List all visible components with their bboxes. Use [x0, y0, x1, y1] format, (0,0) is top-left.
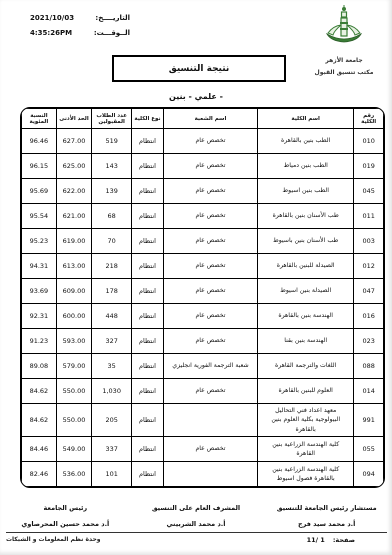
- college-code-cell: 088: [354, 354, 384, 379]
- percentage-cell: 93.69: [22, 279, 57, 304]
- college-name-cell: الهندسة بنين بالقاهرة: [258, 304, 354, 329]
- percentage-cell: 95.69: [22, 179, 57, 204]
- percentage-cell: 84.62: [22, 404, 57, 437]
- al-azhar-emblem-icon: [321, 35, 367, 54]
- students-count-cell: 337: [92, 436, 132, 461]
- min-score-cell: 622.00: [56, 179, 91, 204]
- college-name-cell: الصيدلة بنين اسيوط: [258, 279, 354, 304]
- students-count-cell: 205: [92, 404, 132, 437]
- percentage-cell: 95.54: [22, 204, 57, 229]
- students-count-cell: 101: [92, 461, 132, 486]
- section-name-cell: تخصص عام: [163, 279, 257, 304]
- signature-title: المشرف العام على التنسيق: [131, 504, 262, 512]
- section-name-cell: تخصص عام: [163, 329, 257, 354]
- students-count-cell: 218: [92, 254, 132, 279]
- college-type-cell: انتظام: [132, 229, 164, 254]
- percentage-cell: 96.15: [22, 154, 57, 179]
- college-name-cell: طب الأسنان بنين بالقاهرة: [258, 204, 354, 229]
- percentage-cell: 95.23: [22, 229, 57, 254]
- report-page: التاريــــخ: 2021/10/03 الــوقـــت: 4:35…: [0, 0, 392, 555]
- min-score-cell: 609.00: [56, 279, 91, 304]
- datetime-block: التاريــــخ: 2021/10/03 الــوقـــت: 4:35…: [30, 14, 130, 44]
- college-code-cell: 991: [354, 404, 384, 437]
- section-name-cell: تخصص عام: [163, 436, 257, 461]
- min-score-cell: 600.00: [56, 304, 91, 329]
- results-table: رقم الكلية اسم الكلية اسم الشعبة نوع الك…: [21, 108, 384, 487]
- table-row: 045 الطب بنين اسيوط تخصص عام انتظام 139 …: [22, 179, 384, 204]
- signature-title: مستشار رئيس الجامعة للتنسيق: [261, 504, 392, 512]
- students-count-cell: 70: [92, 229, 132, 254]
- min-score-cell: 536.00: [56, 461, 91, 486]
- students-count-cell: 1,030: [92, 379, 132, 404]
- table-row: 003 طب الأسنان بنين باسيوط تخصص عام انتظ…: [22, 229, 384, 254]
- min-score-cell: 613.00: [56, 254, 91, 279]
- report-title: نتيجة التنسيق: [169, 64, 230, 74]
- table-row: 011 طب الأسنان بنين بالقاهرة تخصص عام ان…: [22, 204, 384, 229]
- header-percentage: النسبة المئوية: [22, 109, 57, 129]
- header-college-code: رقم الكلية: [354, 109, 384, 129]
- university-logo-block: جامعة الأزهر مكتب تنسيق القبول: [306, 4, 382, 78]
- table-row: 088 اللغات والترجمة القاهرة شعبة الترجمة…: [22, 354, 384, 379]
- students-count-cell: 139: [92, 179, 132, 204]
- section-name-cell: تخصص عام: [163, 254, 257, 279]
- college-type-cell: انتظام: [132, 179, 164, 204]
- table-header-row: رقم الكلية اسم الكلية اسم الشعبة نوع الك…: [22, 109, 384, 129]
- date-value: 2021/10/03: [30, 14, 74, 22]
- signature-name: أ.د محمد حسين المحرصاوي: [0, 520, 131, 528]
- section-name-cell: تخصص عام: [163, 179, 257, 204]
- students-count-cell: 519: [92, 129, 132, 154]
- college-name-cell: العلوم للبنين بالقاهرة: [258, 379, 354, 404]
- section-name-cell: تخصص عام: [163, 204, 257, 229]
- date-label: التاريــــخ:: [95, 14, 130, 22]
- header-college-name: اسم الكلية: [258, 109, 354, 129]
- signature-title: رئيس الجامعة: [0, 504, 131, 512]
- percentage-cell: 82.46: [22, 461, 57, 486]
- college-name-cell: اللغات والترجمة القاهرة: [258, 354, 354, 379]
- time-value: 4:35:26PM: [30, 29, 72, 37]
- page-number-block: صفحة: 11/ 1: [307, 536, 355, 544]
- percentage-cell: 84.62: [22, 379, 57, 404]
- college-name-cell: كلية الهندسة الزراعية بنين بالقاهرة فصول…: [258, 461, 354, 486]
- table-row: 012 الصيدلة للبنين بالقاهرة تخصص عام انت…: [22, 254, 384, 279]
- college-type-cell: انتظام: [132, 304, 164, 329]
- college-name-cell: معهد اعداد فني التحاليل البيولوجية بكلية…: [258, 404, 354, 437]
- time-label: الــوقـــت:: [94, 29, 130, 37]
- page-number-value: 11/ 1: [307, 536, 325, 544]
- college-code-cell: 016: [354, 304, 384, 329]
- percentage-cell: 94.31: [22, 254, 57, 279]
- section-name-cell: [163, 404, 257, 437]
- students-count-cell: 35: [92, 354, 132, 379]
- college-type-cell: انتظام: [132, 279, 164, 304]
- college-code-cell: 023: [354, 329, 384, 354]
- college-type-cell: انتظام: [132, 461, 164, 486]
- header-college-type: نوع الكلية: [132, 109, 164, 129]
- students-count-cell: 448: [92, 304, 132, 329]
- it-unit-label: وحدة نظم المعلومات و الشبكات: [6, 536, 101, 543]
- table-row: 047 الصيدلة بنين اسيوط تخصص عام انتظام 1…: [22, 279, 384, 304]
- table-row: 010 الطب بنين بالقاهرة تخصص عام انتظام 5…: [22, 129, 384, 154]
- college-code-cell: 045: [354, 179, 384, 204]
- college-name-cell: الهندسة بنين بقنا: [258, 329, 354, 354]
- percentage-cell: 96.46: [22, 129, 57, 154]
- percentage-cell: 84.46: [22, 436, 57, 461]
- section-name-cell: شعبة الترجمة الفورية انجليزي: [163, 354, 257, 379]
- college-code-cell: 003: [354, 229, 384, 254]
- signature-name: أ.د محمد سيد فرج: [261, 520, 392, 528]
- college-type-cell: انتظام: [132, 329, 164, 354]
- min-score-cell: 625.00: [56, 154, 91, 179]
- header-section-name: اسم الشعبة: [163, 109, 257, 129]
- table-row: 014 العلوم للبنين بالقاهرة تخصص عام انتظ…: [22, 379, 384, 404]
- students-count-cell: 327: [92, 329, 132, 354]
- college-name-cell: الطب بنين اسيوط: [258, 179, 354, 204]
- signature-advisor: مستشار رئيس الجامعة للتنسيق أ.د محمد سيد…: [261, 504, 392, 528]
- min-score-cell: 627.00: [56, 129, 91, 154]
- students-count-cell: 143: [92, 154, 132, 179]
- college-name-cell: طب الأسنان بنين باسيوط: [258, 229, 354, 254]
- students-count-cell: 68: [92, 204, 132, 229]
- signature-supervisor: المشرف العام على التنسيق أ.د محمد الشربي…: [131, 504, 262, 528]
- min-score-cell: 579.00: [56, 354, 91, 379]
- min-score-cell: 550.00: [56, 379, 91, 404]
- college-code-cell: 055: [354, 436, 384, 461]
- percentage-cell: 89.08: [22, 354, 57, 379]
- college-type-cell: انتظام: [132, 354, 164, 379]
- college-code-cell: 019: [354, 154, 384, 179]
- students-count-cell: 178: [92, 279, 132, 304]
- min-score-cell: 549.00: [56, 436, 91, 461]
- min-score-cell: 619.00: [56, 229, 91, 254]
- college-type-cell: انتظام: [132, 436, 164, 461]
- college-name-cell: الطب بنين دمياط: [258, 154, 354, 179]
- college-code-cell: 014: [354, 379, 384, 404]
- footer-line: صفحة: 11/ 1 وحدة نظم المعلومات و الشبكات: [6, 536, 387, 544]
- college-type-cell: انتظام: [132, 254, 164, 279]
- college-type-cell: انتظام: [132, 154, 164, 179]
- table-row: 019 الطب بنين دمياط تخصص عام انتظام 143 …: [22, 154, 384, 179]
- percentage-cell: 92.31: [22, 304, 57, 329]
- page-number-label: صفحة:: [333, 536, 355, 544]
- college-type-cell: انتظام: [132, 204, 164, 229]
- signatures-row: مستشار رئيس الجامعة للتنسيق أ.د محمد سيد…: [0, 504, 392, 528]
- min-score-cell: 593.00: [56, 329, 91, 354]
- section-name-cell: تخصص عام: [163, 379, 257, 404]
- header-students-count: عدد الطلاب المقبولين: [92, 109, 132, 129]
- results-table-wrap: رقم الكلية اسم الكلية اسم الشعبة نوع الك…: [20, 107, 385, 488]
- date-row: التاريــــخ: 2021/10/03: [30, 14, 130, 22]
- percentage-cell: 91.23: [22, 329, 57, 354]
- table-row: 055 كلية الهندسة الزراعية بنين القاهرة ت…: [22, 436, 384, 461]
- college-name-cell: الصيدلة للبنين بالقاهرة: [258, 254, 354, 279]
- section-name-cell: تخصص عام: [163, 154, 257, 179]
- min-score-cell: 550.00: [56, 404, 91, 437]
- table-row: 991 معهد اعداد فني التحاليل البيولوجية ب…: [22, 404, 384, 437]
- header-min-score: الحد الأدنى: [56, 109, 91, 129]
- section-name-cell: تخصص عام: [163, 129, 257, 154]
- table-row: 016 الهندسة بنين بالقاهرة تخصص عام انتظا…: [22, 304, 384, 329]
- college-type-cell: انتظام: [132, 404, 164, 437]
- time-row: الــوقـــت: 4:35:26PM: [30, 29, 130, 37]
- college-type-cell: انتظام: [132, 379, 164, 404]
- college-code-cell: 011: [354, 204, 384, 229]
- college-name-cell: الطب بنين بالقاهرة: [258, 129, 354, 154]
- min-score-cell: 621.00: [56, 204, 91, 229]
- report-subtitle: - علمي - بنين: [0, 92, 392, 101]
- college-name-cell: كلية الهندسة الزراعية بنين القاهرة: [258, 436, 354, 461]
- logo-caption-line2: مكتب تنسيق القبول: [306, 68, 382, 78]
- signature-president: رئيس الجامعة أ.د محمد حسين المحرصاوي: [0, 504, 131, 528]
- table-row: 094 كلية الهندسة الزراعية بنين بالقاهرة …: [22, 461, 384, 486]
- section-name-cell: [163, 461, 257, 486]
- college-code-cell: 012: [354, 254, 384, 279]
- signature-name: أ.د محمد الشربيني: [131, 520, 262, 528]
- college-code-cell: 010: [354, 129, 384, 154]
- college-type-cell: انتظام: [132, 129, 164, 154]
- footer-divider: [6, 532, 387, 533]
- report-title-box: نتيجة التنسيق: [112, 55, 286, 82]
- table-row: 023 الهندسة بنين بقنا تخصص عام انتظام 32…: [22, 329, 384, 354]
- section-name-cell: تخصص عام: [163, 229, 257, 254]
- section-name-cell: تخصص عام: [163, 304, 257, 329]
- college-code-cell: 047: [354, 279, 384, 304]
- college-code-cell: 094: [354, 461, 384, 486]
- logo-caption-line1: جامعة الأزهر: [306, 56, 382, 66]
